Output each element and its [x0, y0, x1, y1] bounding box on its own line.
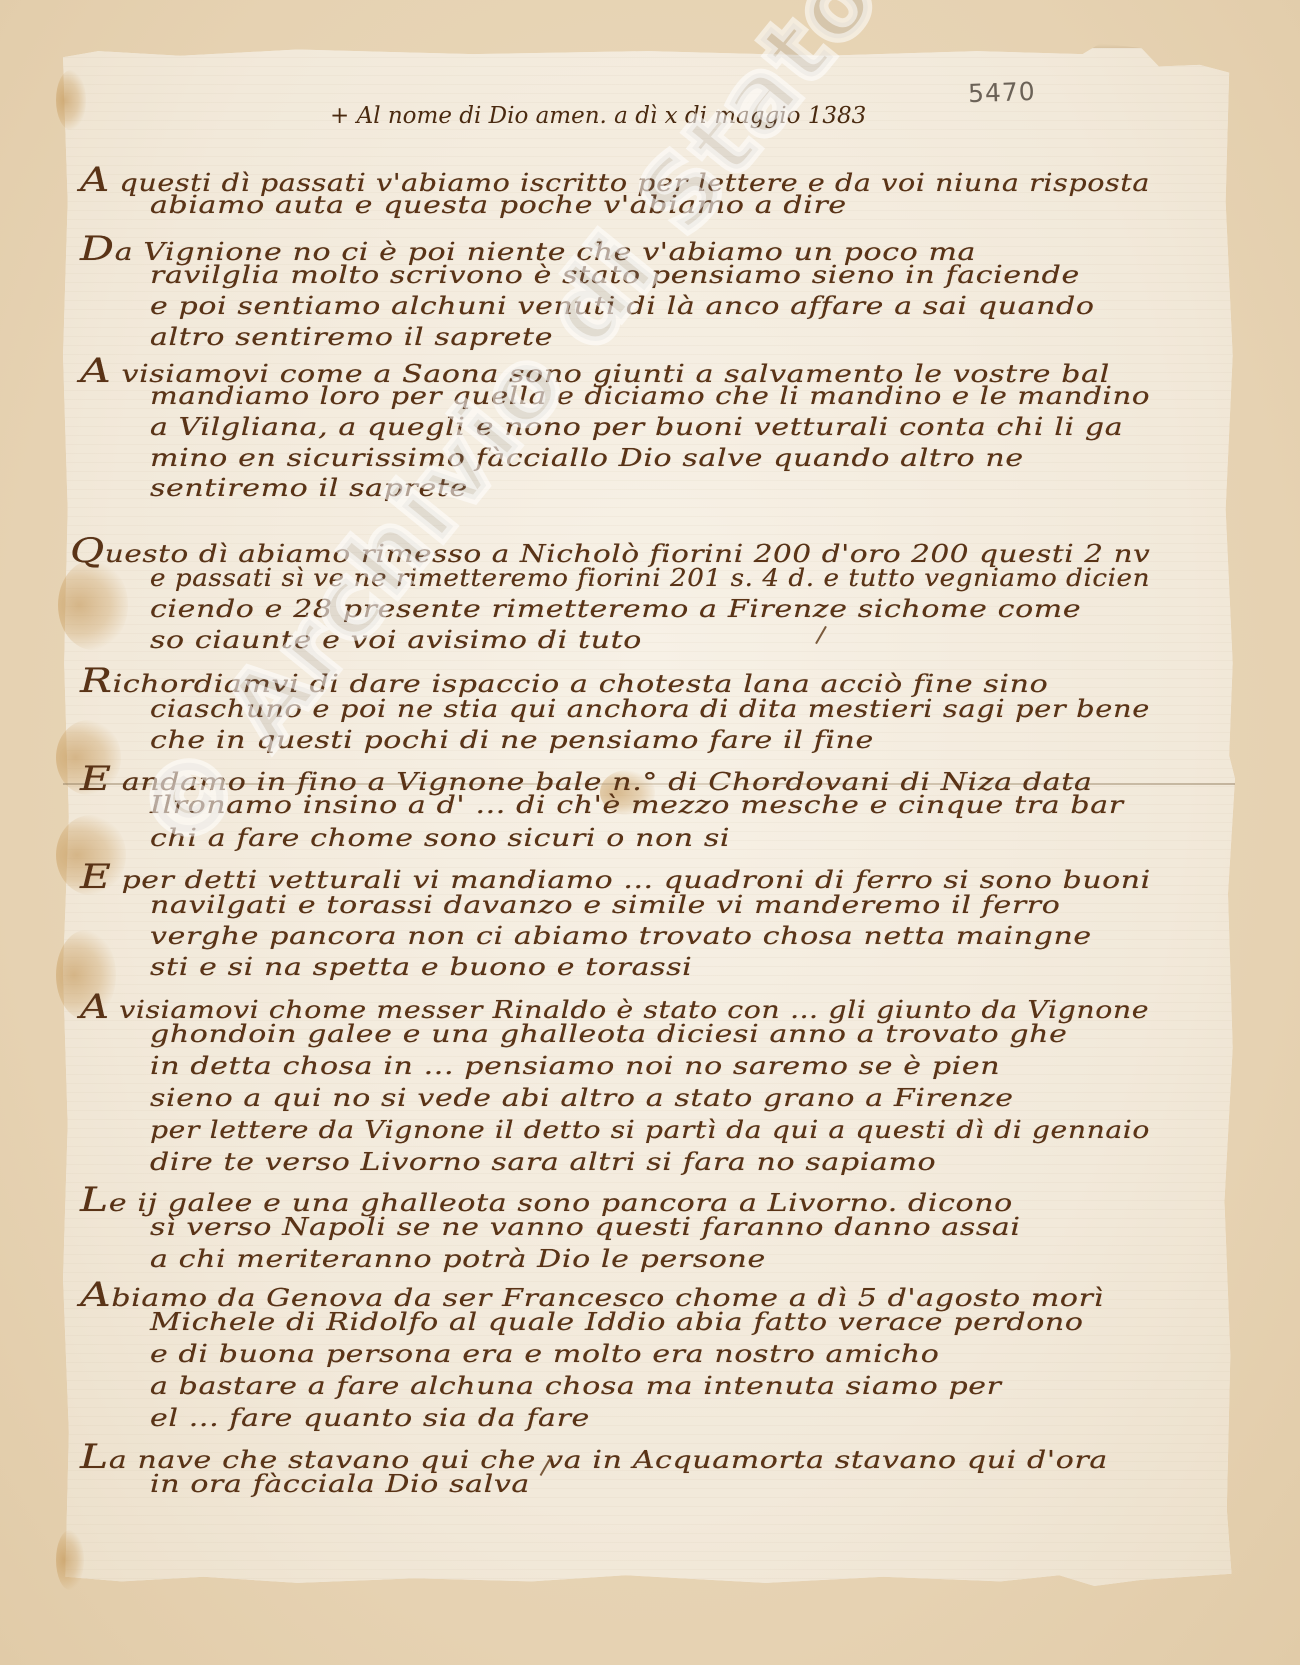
- manuscript-line: abiamo auta e questa poche v'abiamo a di…: [150, 193, 847, 217]
- manuscript-line: el ... fare quanto sia da fare: [150, 1406, 590, 1430]
- manuscript-line: a bastare a fare alchuna chosa ma intenu…: [150, 1374, 1002, 1398]
- manuscript-line: mino en sicurissimo fàcciallo Dio salve …: [150, 446, 1024, 470]
- folio-number: 5470: [968, 77, 1037, 108]
- manuscript-line: ciaschuno e poi ne stia qui anchora di d…: [150, 697, 1150, 721]
- manuscript-line: sti e si na spetta e buono e torassi: [150, 955, 692, 979]
- water-stain: [56, 70, 86, 130]
- manuscript-line: ciendo e 28 presente rimetteremo a Firen…: [150, 597, 1081, 621]
- manuscript-line: e passati sì ve ne rimetteremo fiorini 2…: [150, 566, 1150, 590]
- water-stain: [56, 1530, 84, 1590]
- manuscript-line: E per detti vetturali vi mandiamo ... qu…: [80, 860, 1151, 894]
- manuscript-line: Richordiamvi di dare ispaccio a chotesta…: [80, 664, 1048, 698]
- manuscript-line: ravilglia molto scrivono è stato pensiam…: [150, 263, 1080, 287]
- manuscript-line: mandiamo loro per quella e diciamo che l…: [150, 384, 1150, 408]
- manuscript-line: dire te verso Livorno sara altri si fara…: [150, 1150, 936, 1174]
- manuscript-line: sì verso Napoli se ne vanno questi faran…: [150, 1215, 1021, 1239]
- manuscript-line: e di buona persona era e molto era nostr…: [150, 1342, 939, 1366]
- manuscript-line: Michele di Ridolfo al quale Iddio abia f…: [150, 1310, 1084, 1334]
- manuscript-line: a chi meriteranno potrà Dio le persone: [150, 1247, 766, 1271]
- manuscript-line: e poi sentiamo alchuni venuti di là anco…: [150, 294, 1095, 318]
- manuscript-line: in ora fàcciala Dio salva: [150, 1472, 530, 1496]
- manuscript-line: in detta chosa in ... pensiamo noi no sa…: [150, 1054, 1000, 1078]
- letter-heading: + Al nome di Dio amen. a dì x di maggio …: [330, 103, 866, 129]
- manuscript-line: so ciaunte e voi avisimo di tuto: [150, 628, 642, 652]
- water-stain: [58, 560, 128, 650]
- manuscript-line: La nave che stavano qui che va in Acquam…: [80, 1440, 1108, 1474]
- manuscript-line: verghe pancora non ci abiamo trovato cho…: [150, 924, 1092, 948]
- manuscript-line: ghondoin galee e una ghalleota diciesi a…: [150, 1022, 1067, 1046]
- manuscript-line: altro sentiremo il saprete: [150, 325, 553, 349]
- manuscript-line: navilgati e torassi davanzo e simile vi …: [150, 893, 1060, 917]
- manuscript-line: chi a fare chome sono sicuri o non si: [150, 826, 730, 850]
- manuscript-line: per lettere da Vignone il detto si partì…: [150, 1118, 1150, 1142]
- manuscript-line: Questo dì abiamo rimesso a Nicholò fiori…: [70, 534, 1150, 568]
- manuscript-line: A visiamovi chome messer Rinaldo è stato…: [80, 990, 1149, 1024]
- manuscript-line: sieno a qui no si vede abi altro a stato…: [150, 1086, 1014, 1110]
- manuscript-line: Le ij galee e una ghalleota sono pancora…: [80, 1183, 1013, 1217]
- manuscript-line: sentiremo il saprete: [150, 476, 468, 500]
- manuscript-line: Abiamo da Genova da ser Francesco chome …: [80, 1278, 1104, 1312]
- manuscript-line: a Vilgliana, a quegli e nono per buoni v…: [150, 415, 1123, 439]
- manuscript-line: Ilronamo insino a d' ... di ch'è mezzo m…: [150, 793, 1124, 817]
- manuscript-line: che in questi pochi di ne pensiamo fare …: [150, 728, 874, 752]
